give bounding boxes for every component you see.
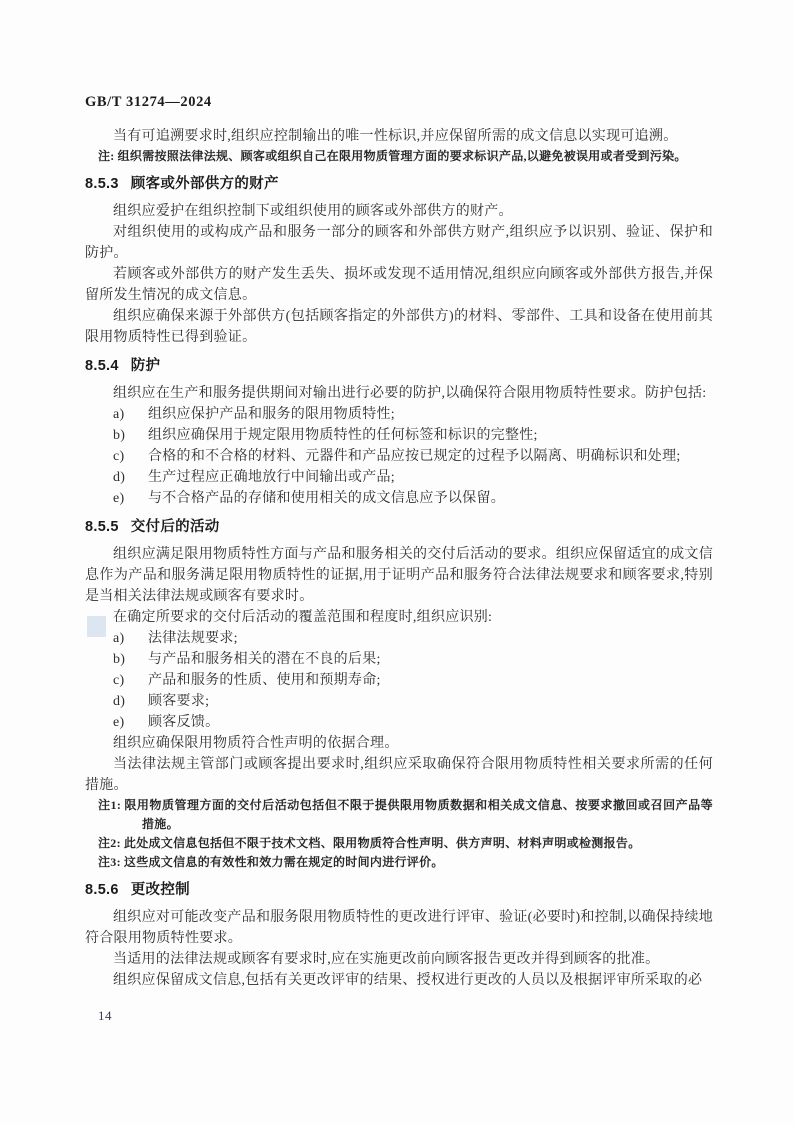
paragraph: 组织应满足限用物质特性方面与产品和服务相关的交付后活动的要求。组织应保留适宜的成…: [85, 544, 713, 607]
paragraph: 组织应确保限用物质符合性声明的依据合理。: [85, 733, 713, 754]
list-item-label: b): [113, 649, 148, 670]
paragraph: 若顾客或外部供方的财产发生丢失、损坏或发现不适用情况,组织应向顾客或外部供方报告…: [85, 264, 713, 306]
list-item-label: a): [113, 404, 148, 425]
note-text: 限用物质管理方面的交付后活动包括但不限于提供限用物质数据和相关成文信息、按要求撤…: [124, 798, 713, 831]
section-heading: 8.5.4防护: [85, 356, 713, 377]
section-heading: 8.5.3顾客或外部供方的财产: [85, 174, 713, 195]
paragraph: 组织应确保来源于外部供方(包括顾客指定的外部供方)的材料、零部件、工具和设备在使…: [85, 306, 713, 348]
list-item: c)产品和服务的性质、使用和预期寿命;: [113, 670, 713, 691]
note-text: 此处成文信息包括但不限于技术文档、限用物质符合性声明、供方声明、材料声明或检测报…: [124, 836, 641, 850]
list-item-label: a): [113, 628, 148, 649]
paragraph-text: 组织应保留成文信息,包括有关更改评审的结果、授权进行更改的人员以及根据评审所采取…: [113, 973, 702, 988]
note-label: 注2:: [98, 836, 121, 850]
note: 注1:限用物质管理方面的交付后活动包括但不限于提供限用物质数据和相关成文信息、按…: [98, 796, 713, 834]
document-page: GB/T 31274—2024 当有可追溯要求时,组织应控制输出的唯一性标识,并…: [0, 0, 794, 1123]
list-item-text: 组织应保护产品和服务的限用物质特性;: [148, 407, 395, 422]
list-item-label: e): [113, 712, 148, 733]
paragraph: 组织应爱护在组织控制下或组织使用的顾客或外部供方的财产。: [85, 201, 713, 222]
section-number: 8.5.6: [85, 882, 119, 898]
list-item-label: c): [113, 670, 148, 691]
note: 注:组织需按照法律法规、顾客或组织自己在限用物质管理方面的要求标识产品,以避免被…: [98, 147, 713, 166]
note: 注3:这些成文信息的有效性和效力需在规定的时间内进行评价。: [98, 853, 713, 872]
list-item-text: 与不合格产品的存储和使用相关的成文信息应予以保留。: [148, 491, 505, 506]
section-number: 8.5.4: [85, 358, 119, 374]
list-item: e)顾客反馈。: [113, 712, 713, 733]
section-title: 交付后的活动: [131, 519, 220, 535]
paragraph-text: 组织应满足限用物质特性方面与产品和服务相关的交付后活动的要求。组织应保留适宜的成…: [85, 547, 713, 604]
paragraph: 组织应在生产和服务提供期间对输出进行必要的防护,以确保符合限用物质特性要求。防护…: [85, 383, 713, 404]
list-item-text: 合格的和不合格的材料、元器件和产品应按已规定的过程予以隔离、明确标识和处理;: [148, 449, 681, 464]
list-item: c)合格的和不合格的材料、元器件和产品应按已规定的过程予以隔离、明确标识和处理;: [113, 446, 713, 467]
paragraph: 当法律法规主管部门或顾客提出要求时,组织应采取确保符合限用物质特性相关要求所需的…: [85, 754, 713, 796]
list-item: b)与产品和服务相关的潜在不良的后果;: [113, 649, 713, 670]
paragraph: 在确定所要求的交付后活动的覆盖范围和程度时,组织应识别:: [85, 607, 713, 628]
paragraph-text: 组织应在生产和服务提供期间对输出进行必要的防护,以确保符合限用物质特性要求。防护…: [113, 386, 706, 401]
section-number: 8.5.3: [85, 176, 119, 192]
list-item-label: e): [113, 488, 148, 509]
list-item-text: 产品和服务的性质、使用和预期寿命;: [148, 673, 381, 688]
list-item: a)组织应保护产品和服务的限用物质特性;: [113, 404, 713, 425]
paragraph: 当适用的法律法规或顾客有要求时,应在实施更改前向顾客报告更改并得到顾客的批准。: [85, 949, 713, 970]
paragraph: 组织应保留成文信息,包括有关更改评审的结果、授权进行更改的人员以及根据评审所采取…: [85, 970, 713, 991]
section-number: 8.5.5: [85, 519, 119, 535]
note-label: 注:: [98, 149, 115, 163]
list-item: e)与不合格产品的存储和使用相关的成文信息应予以保留。: [113, 488, 713, 509]
paragraph: 当有可追溯要求时,组织应控制输出的唯一性标识,并应保留所需的成文信息以实现可追溯…: [85, 126, 713, 147]
page-number: 14: [98, 1005, 713, 1026]
section-title: 顾客或外部供方的财产: [131, 176, 279, 192]
note: 注2:此处成文信息包括但不限于技术文档、限用物质符合性声明、供方声明、材料声明或…: [98, 834, 713, 853]
list-item-text: 与产品和服务相关的潜在不良的后果;: [148, 652, 381, 667]
section-heading: 8.5.6更改控制: [85, 880, 713, 901]
list-item-text: 生产过程应正确地放行中间输出或产品;: [148, 470, 395, 485]
note-text: 这些成文信息的有效性和效力需在规定的时间内进行评价。: [124, 855, 444, 869]
list-item: a)法律法规要求;: [113, 628, 713, 649]
list-item: b)组织应确保用于规定限用物质特性的任何标签和标识的完整性;: [113, 425, 713, 446]
list-item-text: 顾客反馈。: [148, 715, 219, 730]
paragraph-text: 组织应爱护在组织控制下或组织使用的顾客或外部供方的财产。: [113, 204, 513, 219]
note-label: 注3:: [98, 855, 121, 869]
note-text: 组织需按照法律法规、顾客或组织自己在限用物质管理方面的要求标识产品,以避免被误用…: [118, 149, 687, 163]
paragraph-text: 对组织使用的或构成产品和服务一部分的顾客和外部供方财产,组织应予以识别、验证、保…: [85, 225, 713, 261]
list-item: d)顾客要求;: [113, 691, 713, 712]
paragraph-text: 组织应确保来源于外部供方(包括顾客指定的外部供方)的材料、零部件、工具和设备在使…: [85, 309, 713, 345]
list-item: d)生产过程应正确地放行中间输出或产品;: [113, 467, 713, 488]
paragraph-text: 当有可追溯要求时,组织应控制输出的唯一性标识,并应保留所需的成文信息以实现可追溯…: [113, 129, 677, 144]
list-item-text: 组织应确保用于规定限用物质特性的任何标签和标识的完整性;: [148, 428, 538, 443]
list-item-text: 法律法规要求;: [148, 631, 238, 646]
list-item-label: d): [113, 691, 148, 712]
standard-number-header: GB/T 31274—2024: [85, 92, 713, 113]
list-item-label: c): [113, 446, 148, 467]
paragraph-text: 组织应确保限用物质符合性声明的依据合理。: [113, 736, 399, 751]
document-content: 当有可追溯要求时,组织应控制输出的唯一性标识,并应保留所需的成文信息以实现可追溯…: [85, 126, 713, 991]
paragraph: 组织应对可能改变产品和服务限用物质特性的更改进行评审、验证(必要时)和控制,以确…: [85, 907, 713, 949]
paragraph-text: 当法律法规主管部门或顾客提出要求时,组织应采取确保符合限用物质特性相关要求所需的…: [85, 757, 713, 793]
paragraph-text: 组织应对可能改变产品和服务限用物质特性的更改进行评审、验证(必要时)和控制,以确…: [85, 910, 713, 946]
section-heading: 8.5.5交付后的活动: [85, 517, 713, 538]
note-label: 注1:: [98, 798, 121, 812]
section-title: 更改控制: [131, 882, 190, 898]
paragraph-text: 若顾客或外部供方的财产发生丢失、损坏或发现不适用情况,组织应向顾客或外部供方报告…: [85, 267, 713, 303]
paragraph-text: 当适用的法律法规或顾客有要求时,应在实施更改前向顾客报告更改并得到顾客的批准。: [113, 952, 659, 967]
list-item-text: 顾客要求;: [148, 694, 209, 709]
paragraph: 对组织使用的或构成产品和服务一部分的顾客和外部供方财产,组织应予以识别、验证、保…: [85, 222, 713, 264]
paragraph-text: 在确定所要求的交付后活动的覆盖范围和程度时,组织应识别:: [113, 610, 492, 625]
list-item-label: b): [113, 425, 148, 446]
list-item-label: d): [113, 467, 148, 488]
section-title: 防护: [131, 358, 161, 374]
